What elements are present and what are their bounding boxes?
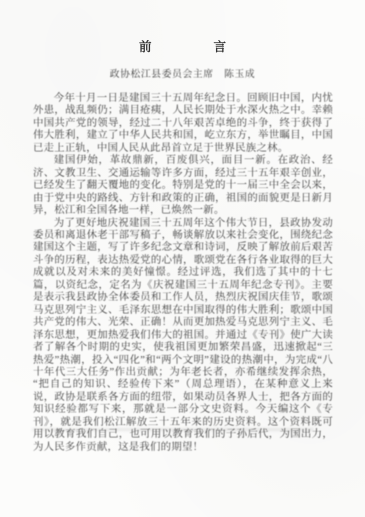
page-title: 前 言 [0, 37, 365, 55]
body-paragraph: 为了更好地庆祝建国三十五周年这个伟大节日，县政协发动委员和离退休老干部写稿子，畅… [33, 218, 333, 455]
body-paragraph: 建国伊始，革故鼎新，百废俱兴，面目一新。在政治、经济、文教卫生、交通运输等许多方… [33, 155, 333, 217]
title-char-left: 前 [139, 37, 152, 55]
body-text: 今年十月一日是建国三十五周年纪念日。回顾旧中国，内忧外患，战乱频仍；满目疮痍，人… [33, 93, 333, 454]
byline: 政协松江县委员会主席 陈玉成 [0, 66, 365, 80]
scanned-page: 前 言 政协松江县委员会主席 陈玉成 今年十月一日是建国三十五周年纪念日。回顾旧… [0, 0, 365, 517]
title-char-right: 言 [214, 37, 227, 55]
body-paragraph: 今年十月一日是建国三十五周年纪念日。回顾旧中国，内忧外患，战乱频仍；满目疮痍，人… [33, 93, 333, 155]
scan-smudge [32, 428, 314, 431]
